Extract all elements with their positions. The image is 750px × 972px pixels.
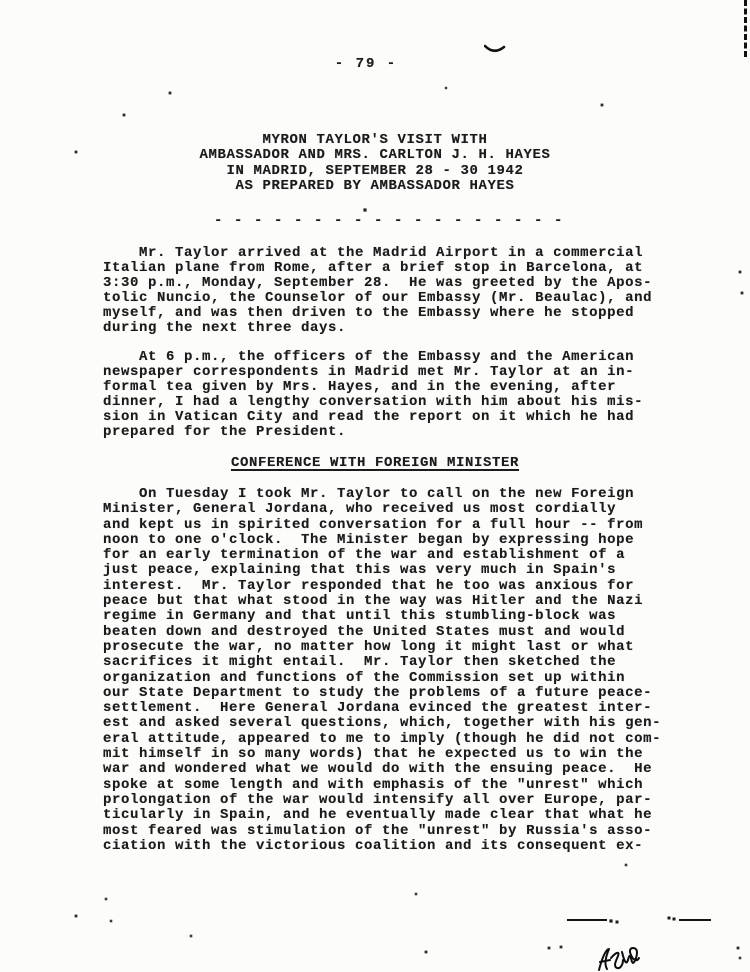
handwritten-initials-mark	[597, 946, 643, 972]
pen-curve-mark	[484, 43, 506, 55]
page-number: - 79 -	[0, 57, 732, 72]
footer-rule-left	[567, 919, 607, 921]
paragraph-arrival: Mr. Taylor arrived at the Madrid Airport…	[103, 246, 652, 336]
paragraph-conference: On Tuesday I took Mr. Taylor to call on …	[103, 487, 661, 854]
scanned-document-page: - 79 - MYRON TAYLOR'S VISIT WITH AMBASSA…	[0, 0, 750, 972]
section-heading-text: CONFERENCE WITH FOREIGN MINISTER	[231, 455, 519, 471]
section-heading: CONFERENCE WITH FOREIGN MINISTER	[0, 456, 750, 471]
footer-rule-right	[679, 919, 711, 921]
scan-edge-artifact	[744, 0, 747, 57]
document-title: MYRON TAYLOR'S VISIT WITH AMBASSADOR AND…	[0, 133, 750, 195]
scan-noise-speckles	[0, 0, 2, 2]
paragraph-tea-and-report: At 6 p.m., the officers of the Embassy a…	[103, 350, 643, 440]
dashed-separator: - - - - - - - - - - - - - - - - - -	[214, 214, 564, 229]
